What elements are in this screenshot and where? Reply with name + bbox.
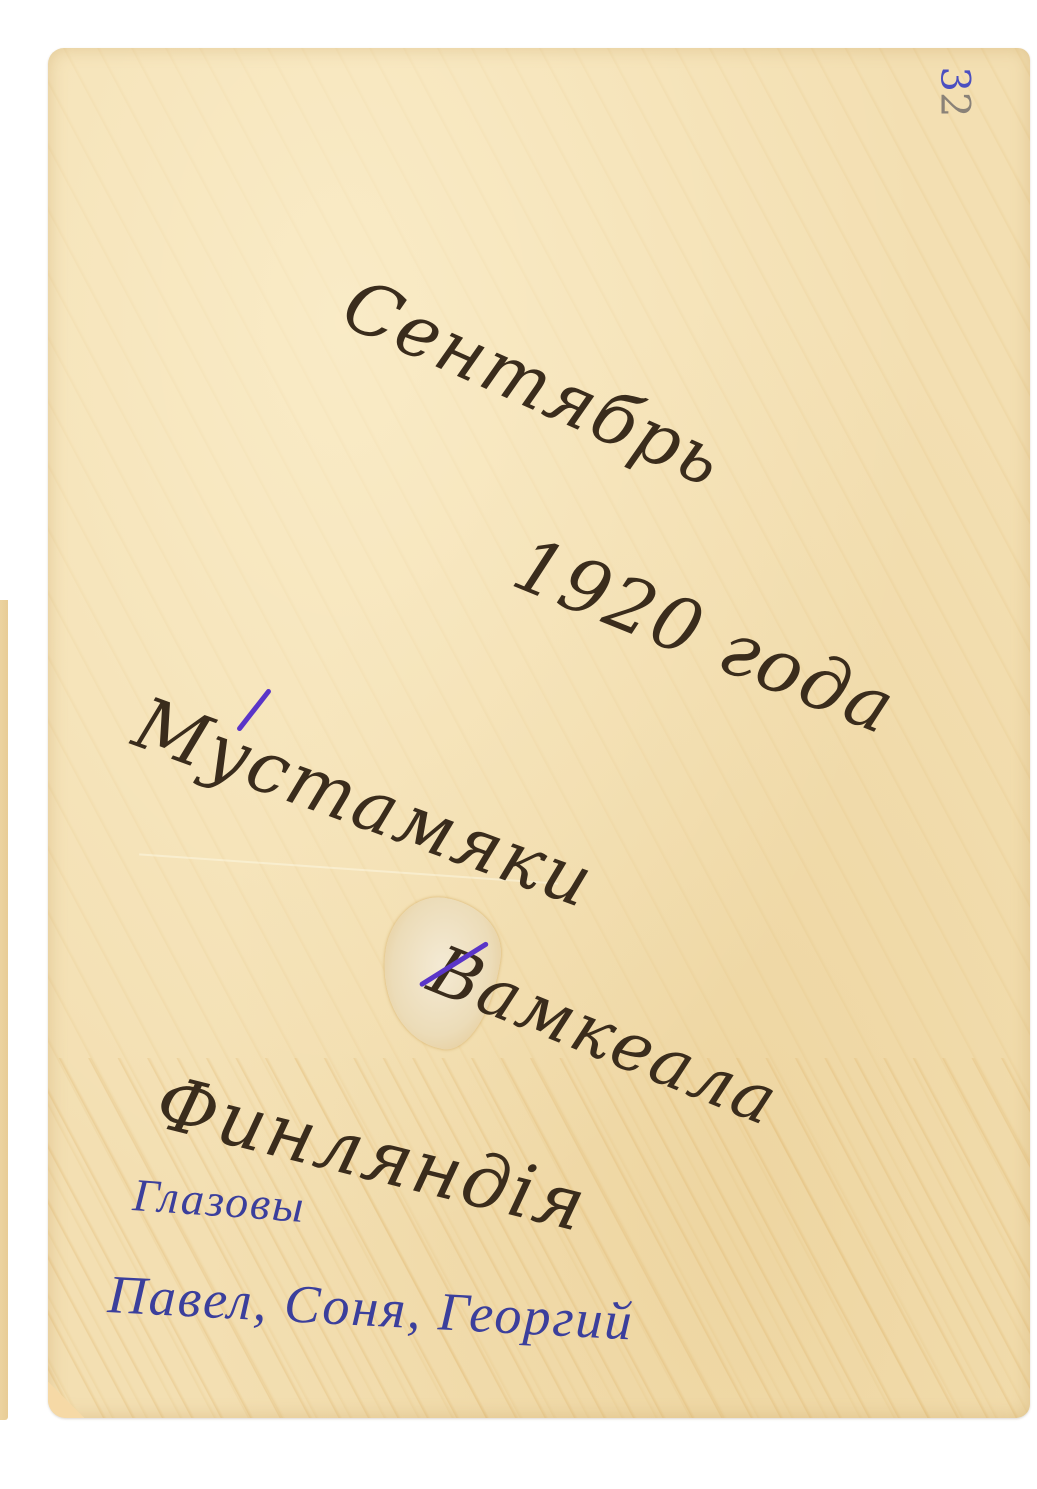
archive-number-ink: 3 <box>932 67 978 92</box>
adjacent-card-edge <box>0 600 8 1420</box>
inscription-line-month: Сентябрь <box>331 262 736 504</box>
inscription-line-year: 1920 года <box>502 521 908 752</box>
photo-card-back: 32 Сентябрь 1920 года Мустамяки Вамкеала… <box>48 48 1030 1418</box>
archive-number: 32 <box>935 67 975 118</box>
archive-number-pencil: 2 <box>932 92 978 117</box>
folded-corner <box>48 1382 84 1418</box>
